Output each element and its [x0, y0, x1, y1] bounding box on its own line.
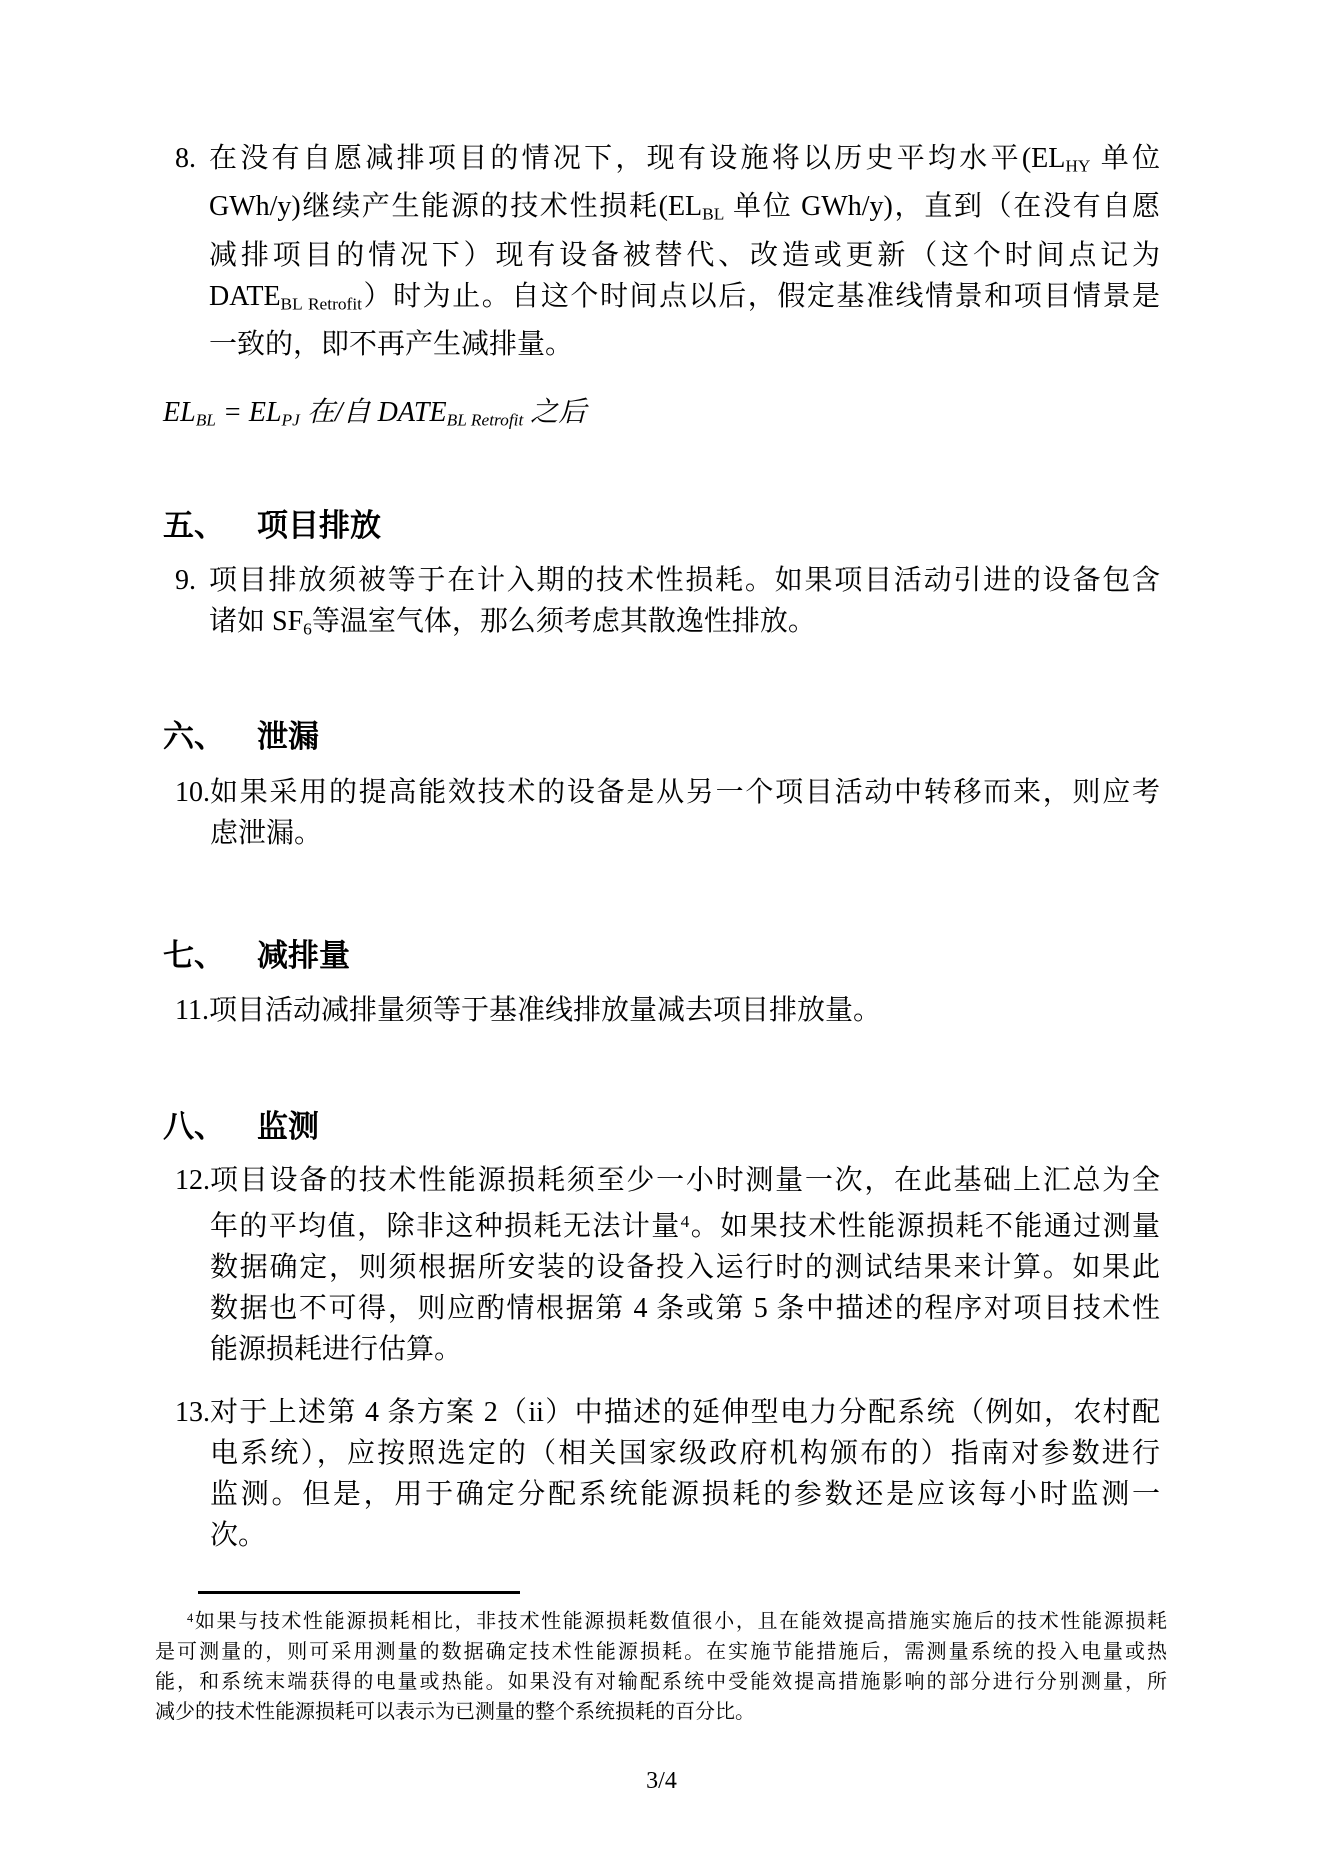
text-run-sub: 6 — [303, 619, 312, 638]
text-run: 一致的，即不再产生减排量。 — [209, 329, 573, 360]
section-6-number: 六、 — [163, 717, 257, 757]
text-line: 减排项目的情况下）现有设备被替代、改造或更新（这个时间点记为 — [209, 235, 1160, 276]
section-heading-8: 八、 监测 — [163, 1107, 1160, 1147]
text-run: 项目设备的技术性能源损耗须至少一小时测量一次，在此基础上汇总为全 — [210, 1165, 1160, 1196]
text-run: ）时为止。自这个时间点以后，假定基准线情景和项目情景是 — [362, 281, 1160, 312]
document-page: 8. 在没有自愿减排项目的情况下，现有设施将以历史平均水平(ELHY 单位GWh… — [0, 0, 1323, 1871]
section-6-title: 泄漏 — [257, 717, 319, 757]
text-line: 在没有自愿减排项目的情况下，现有设施将以历史平均水平(ELHY 单位 — [209, 138, 1160, 186]
list-item-12: 12. 项目设备的技术性能源损耗须至少一小时测量一次，在此基础上汇总为全年的平均… — [163, 1160, 1160, 1370]
text-run: 诸如 SF — [209, 606, 303, 637]
section-8-title: 监测 — [257, 1107, 319, 1147]
text-run: 等温室气体，那么须考虑其散逸性排放。 — [312, 606, 816, 637]
text-run: 能源损耗进行估算。 — [210, 1334, 462, 1365]
list-item-8-number: 8. — [163, 138, 209, 365]
list-item-10-text: 如果采用的提高能效技术的设备是从另一个项目活动中转移而来，则应考虑泄漏。 — [210, 772, 1160, 854]
section-5-number: 五、 — [163, 506, 257, 546]
list-item-12-number: 12. — [163, 1160, 210, 1370]
footnote-4: 4如果与技术性能源损耗相比，非技术性能源损耗数值很小，且在能效提高措施实施后的技… — [155, 1603, 1167, 1727]
list-item-10: 10. 如果采用的提高能效技术的设备是从另一个项目活动中转移而来，则应考虑泄漏。 — [163, 772, 1160, 854]
text-run: 减少的技术性能源损耗可以表示为已测量的整个系统损耗的百分比。 — [155, 1701, 755, 1723]
text-line: 数据确定，则须根据所安装的设备投入运行时的测试结果来计算。如果此 — [210, 1247, 1160, 1288]
text-line: 监测。但是，用于确定分配系统能源损耗的参数还是应该每小时监测一 — [210, 1474, 1160, 1515]
section-heading-5: 五、 项目排放 — [163, 506, 1160, 546]
text-line: 次。 — [210, 1515, 1160, 1556]
list-item-11-number: 11. — [163, 990, 209, 1031]
text-run-i: 之后 — [523, 397, 586, 428]
list-item-13-number: 13. — [163, 1392, 210, 1556]
text-run: 监测。但是，用于确定分配系统能源损耗的参数还是应该每小时监测一 — [210, 1479, 1160, 1510]
text-run: 虑泄漏。 — [210, 818, 322, 849]
list-item-11: 11. 项目活动减排量须等于基准线排放量减去项目排放量。 — [163, 990, 1160, 1031]
text-run: 。如果技术性能源损耗不能通过测量 — [689, 1211, 1160, 1242]
text-run-sub: BL Retrofit — [281, 294, 362, 313]
section-heading-7: 七、 减排量 — [163, 936, 1160, 976]
text-line: 虑泄漏。 — [210, 813, 1160, 854]
text-run: 能，和系统末端获得的电量或热能。如果没有对输配系统中受能效提高措施影响的部分进行… — [155, 1671, 1167, 1693]
text-run-i: = — [216, 397, 249, 428]
list-item-13: 13. 对于上述第 4 条方案 2（ii）中描述的延伸型电力分配系统（例如，农村… — [163, 1392, 1160, 1556]
text-run: 项目活动减排量须等于基准线排放量减去项目排放量。 — [209, 995, 881, 1026]
text-run-i: DATE — [378, 397, 447, 428]
text-run: 项目排放须被等于在计入期的技术性损耗。如果项目活动引进的设备包含 — [209, 565, 1160, 596]
text-run: 电系统），应按照选定的（相关国家级政府机构颁布的）指南对参数进行 — [210, 1438, 1160, 1469]
list-item-9: 9. 项目排放须被等于在计入期的技术性损耗。如果项目活动引进的设备包含诸如 SF… — [163, 560, 1160, 649]
text-line: 能，和系统末端获得的电量或热能。如果没有对输配系统中受能效提高措施影响的部分进行… — [155, 1667, 1167, 1697]
text-run: 在没有自愿减排项目的情况下，现有设施将以历史平均水平(EL — [209, 143, 1065, 174]
text-line: 诸如 SF6等温室气体，那么须考虑其散逸性排放。 — [209, 601, 1160, 649]
list-item-11-text: 项目活动减排量须等于基准线排放量减去项目排放量。 — [209, 990, 1160, 1031]
text-run: 数据也不可得，则应酌情根据第 4 条或第 5 条中描述的程序对项目技术性 — [210, 1293, 1160, 1324]
list-item-9-text: 项目排放须被等于在计入期的技术性损耗。如果项目活动引进的设备包含诸如 SF6等温… — [209, 560, 1160, 649]
text-run-isub: PJ — [282, 410, 300, 429]
text-run: DATE — [209, 281, 281, 312]
text-run: GWh/y)继续产生能源的技术性损耗(EL — [209, 191, 702, 222]
text-line: 电系统），应按照选定的（相关国家级政府机构颁布的）指南对参数进行 — [210, 1433, 1160, 1474]
section-8-number: 八、 — [163, 1107, 257, 1147]
list-item-9-number: 9. — [163, 560, 209, 649]
text-run: 减排项目的情况下）现有设备被替代、改造或更新（这个时间点记为 — [209, 240, 1160, 271]
text-run-i: EL — [163, 397, 196, 428]
text-run-isub: BL Retrofit — [447, 410, 524, 429]
text-line: 能源损耗进行估算。 — [210, 1329, 1160, 1370]
text-line: DATEBL Retrofit）时为止。自这个时间点以后，假定基准线情景和项目情… — [209, 276, 1160, 324]
text-line: GWh/y)继续产生能源的技术性损耗(ELBL 单位 GWh/y)，直到（在没有… — [209, 186, 1160, 234]
text-line: 项目活动减排量须等于基准线排放量减去项目排放量。 — [209, 990, 1160, 1031]
section-7-title: 减排量 — [257, 936, 350, 976]
page-number: 3/4 — [0, 1766, 1323, 1796]
text-run: 对于上述第 4 条方案 2（ii）中描述的延伸型电力分配系统（例如，农村配 — [210, 1397, 1160, 1428]
text-line: 数据也不可得，则应酌情根据第 4 条或第 5 条中描述的程序对项目技术性 — [210, 1288, 1160, 1329]
text-line: ELBL = ELPJ 在/自 DATEBL Retrofit 之后 — [163, 392, 1160, 440]
text-run: 如果采用的提高能效技术的设备是从另一个项目活动中转移而来，则应考 — [210, 777, 1160, 808]
text-run: 单位 GWh/y)，直到（在没有自愿 — [724, 191, 1160, 222]
text-line: 是可测量的，则可采用测量的数据确定技术性能源损耗。在实施节能措施后，需测量系统的… — [155, 1637, 1167, 1667]
list-item-8: 8. 在没有自愿减排项目的情况下，现有设施将以历史平均水平(ELHY 单位GWh… — [163, 138, 1160, 365]
section-5-title: 项目排放 — [257, 506, 381, 546]
text-run: 单位 — [1090, 143, 1160, 174]
section-7-number: 七、 — [163, 936, 257, 976]
text-run: 是可测量的，则可采用测量的数据确定技术性能源损耗。在实施节能措施后，需测量系统的… — [155, 1641, 1167, 1663]
text-run: 如果与技术性能源损耗相比，非技术性能源损耗数值很小，且在能效提高措施实施后的技术… — [193, 1611, 1167, 1633]
text-run-i: 在/自 — [300, 397, 378, 428]
text-line: 年的平均值，除非这种损耗无法计量4。如果技术性能源损耗不能通过测量 — [210, 1201, 1160, 1247]
text-line: 一致的，即不再产生减排量。 — [209, 324, 1160, 365]
text-run-i: EL — [249, 397, 282, 428]
section-heading-6: 六、 泄漏 — [163, 717, 1160, 757]
text-run-sub: HY — [1065, 156, 1090, 175]
text-line: 对于上述第 4 条方案 2（ii）中描述的延伸型电力分配系统（例如，农村配 — [210, 1392, 1160, 1433]
text-run-isub: BL — [196, 410, 216, 429]
text-line: 减少的技术性能源损耗可以表示为已测量的整个系统损耗的百分比。 — [155, 1697, 1167, 1727]
list-item-8-text: 在没有自愿减排项目的情况下，现有设施将以历史平均水平(ELHY 单位GWh/y)… — [209, 138, 1160, 365]
text-run: 数据确定，则须根据所安装的设备投入运行时的测试结果来计算。如果此 — [210, 1252, 1160, 1283]
formula-elbl-elpj: ELBL = ELPJ 在/自 DATEBL Retrofit 之后 — [163, 392, 1160, 440]
list-item-13-text: 对于上述第 4 条方案 2（ii）中描述的延伸型电力分配系统（例如，农村配电系统… — [210, 1392, 1160, 1556]
list-item-12-text: 项目设备的技术性能源损耗须至少一小时测量一次，在此基础上汇总为全年的平均值，除非… — [210, 1160, 1160, 1370]
list-item-10-number: 10. — [163, 772, 210, 854]
text-line: 项目设备的技术性能源损耗须至少一小时测量一次，在此基础上汇总为全 — [210, 1160, 1160, 1201]
text-run: 次。 — [210, 1520, 266, 1551]
footnote-separator-rule — [198, 1591, 520, 1594]
text-run-sub: BL — [702, 205, 724, 224]
text-line: 项目排放须被等于在计入期的技术性损耗。如果项目活动引进的设备包含 — [209, 560, 1160, 601]
text-line: 4如果与技术性能源损耗相比，非技术性能源损耗数值很小，且在能效提高措施实施后的技… — [155, 1603, 1167, 1637]
text-line: 如果采用的提高能效技术的设备是从另一个项目活动中转移而来，则应考 — [210, 772, 1160, 813]
text-run: 年的平均值，除非这种损耗无法计量 — [210, 1211, 681, 1242]
